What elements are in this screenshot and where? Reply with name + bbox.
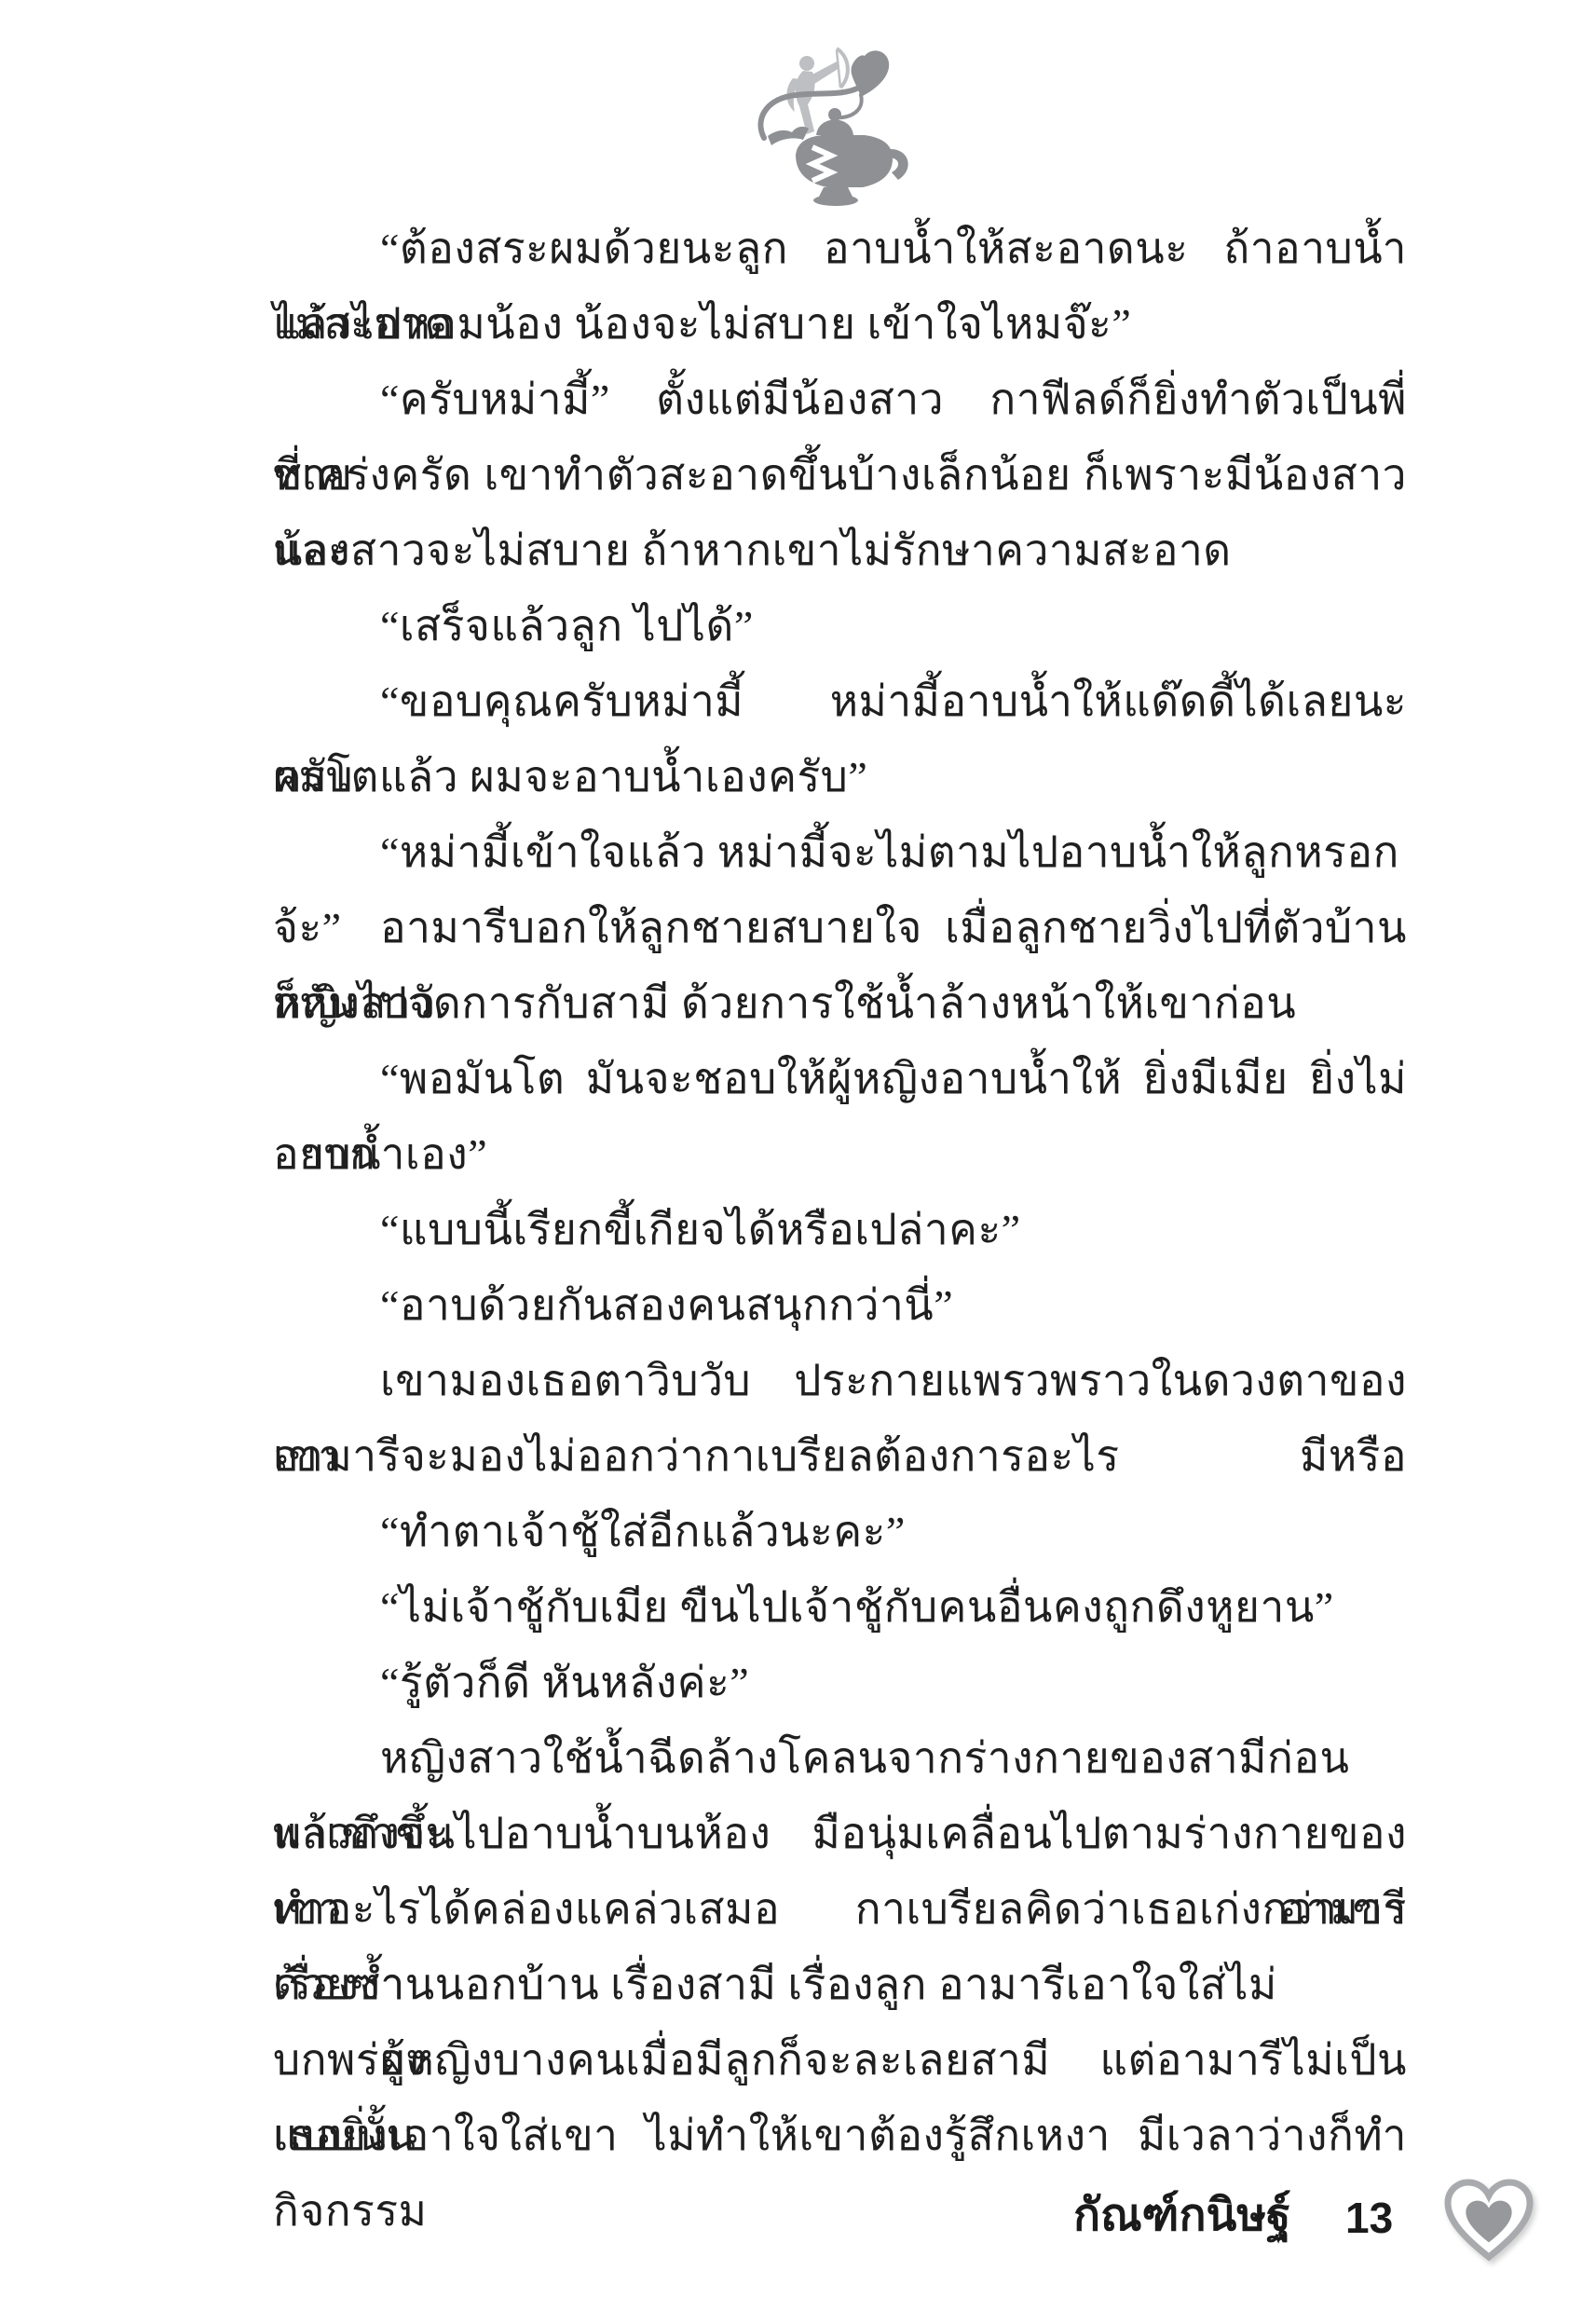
- heart-icon: [1442, 2177, 1535, 2263]
- text-line: น้องสาวจะไม่สบาย ถ้าหากเขาไม่รักษาความสะ…: [273, 513, 1407, 588]
- text-line: “หม่ามี้เข้าใจแล้ว หม่ามี้จะไม่ตามไปอาบน…: [273, 814, 1407, 890]
- text-line: อาบน้ำเอง”: [273, 1116, 1407, 1192]
- text-line: เรื่องงานนอกบ้าน เรื่องสามี เรื่องลูก อา…: [273, 1947, 1407, 2022]
- text-line: ทำอะไรได้คล่องแคล่วเสมอ กาเบรียลคิดว่าเธ…: [273, 1871, 1407, 1947]
- text-line: หญิงสาวใช้น้ำฉีดล้างโคลนจากร่างกายของสาม…: [273, 1720, 1407, 1796]
- page-footer: กัณฑ์กนิษฐ์ 13: [0, 2177, 1596, 2270]
- text-line: “ทำตาเจ้าชู้ใส่อีกแล้วนะคะ”: [273, 1494, 1407, 1569]
- text-line: “เสร็จแล้วลูก ไปได้”: [273, 588, 1407, 663]
- text-line: แล้วไปหอมน้อง น้องจะไม่สบาย เข้าใจไหมจ๊ะ…: [273, 286, 1407, 362]
- text-line: “ต้องสระผมด้วยนะลูก อาบน้ำให้สะอาดนะ ถ้า…: [273, 211, 1407, 286]
- text-line: ที่เคร่งครัด เขาทำตัวสะอาดขึ้นบ้างเล็กน้…: [273, 437, 1407, 513]
- page-body-text: “ต้องสระผมด้วยนะลูก อาบน้ำให้สะอาดนะ ถ้า…: [273, 211, 1407, 2173]
- text-line: เธอยิ่งเอาใจใส่เขา ไม่ทำให้เขาต้องรู้สึก…: [273, 2098, 1407, 2173]
- page-number: 13: [1345, 2190, 1393, 2246]
- genie-lamp-ornament: [751, 45, 924, 209]
- lamp-icon: [768, 108, 908, 206]
- genie-lamp-svg: [751, 45, 924, 209]
- book-title: กัณฑ์กนิษฐ์: [1073, 2186, 1290, 2246]
- text-line: “แบบนี้เรียกขี้เกียจได้หรือเปล่าคะ”: [273, 1192, 1407, 1267]
- text-line: “ขอบคุณครับหม่ามี้ หม่ามี้อาบน้ำให้แด๊ดด…: [273, 663, 1407, 739]
- text-line: “รู้ตัวก็ดี หันหลังค่ะ”: [273, 1645, 1407, 1720]
- text-line: “ไม่เจ้าชู้กับเมีย ขืนไปเจ้าชู้กับคนอื่น…: [273, 1569, 1407, 1645]
- text-line: อามารีบอกให้ลูกชายสบายใจ เมื่อลูกชายวิ่ง…: [273, 890, 1407, 965]
- text-line: ผู้หญิงบางคนเมื่อมีลูกก็จะละเลยสามี แต่อ…: [273, 2022, 1407, 2098]
- text-line: “ครับหม่ามี้” ตั้งแต่มีน้องสาว กาฟีลด์ก็…: [273, 362, 1407, 437]
- text-line: ก็หันไปจัดการกับสามี ด้วยการใช้น้ำล้างหน…: [273, 965, 1407, 1041]
- text-line: ผมโตแล้ว ผมจะอาบน้ำเองครับ”: [273, 739, 1407, 814]
- text-line: “พอมันโต มันจะชอบให้ผู้หญิงอาบน้ำให้ ยิ่…: [273, 1041, 1407, 1116]
- text-line: พาเขาขึ้นไปอาบน้ำบนห้อง มือนุ่มเคลื่อนไป…: [273, 1796, 1407, 1871]
- text-line: “อาบด้วยกันสองคนสนุกกว่านี่”: [273, 1267, 1407, 1343]
- text-line: เขามองเธอตาวิบวับ ประกายแพรวพราวในดวงตาข…: [273, 1343, 1407, 1418]
